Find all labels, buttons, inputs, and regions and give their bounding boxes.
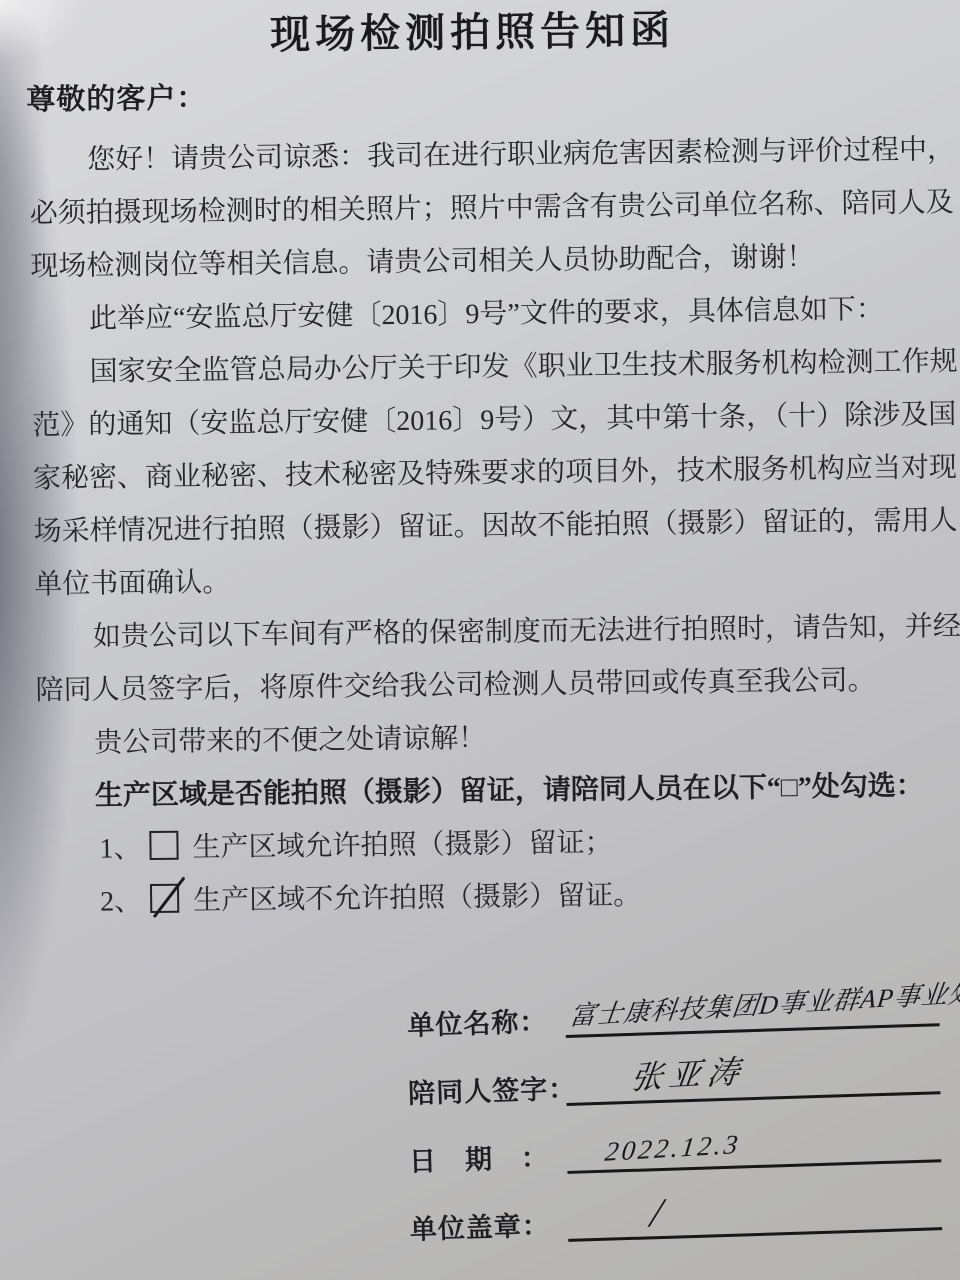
checkbox-icon [149,831,178,860]
field-label: 单位名称： [407,999,566,1043]
body-line: 必须拍摄现场检测时的相关照片；照片中需含有贵公司单位名称、陪同人及 [29,176,955,240]
document-photo: 现场检测拍照告知函 尊敬的客户： 您好！请贵公司谅悉：我司在进行职业病危害因素检… [0,0,960,1280]
field-company-name: 单位名称：富士康科技集团D事业群AP事业处D3栋 [406,978,960,1042]
page-title: 现场检测拍照告知函 [0,0,953,64]
signature-line: 富士康科技集团D事业群AP事业处D3栋 [564,979,939,1038]
field-company-stamp: 单位盖章：/ [409,1182,960,1246]
checklist-instruction: 生产区域是否能拍照（摄影）留证，请陪同人员在以下“□”处勾选： [37,759,960,823]
field-label: 日 期 ： [408,1135,567,1179]
signature-line: / [567,1183,942,1242]
body-line: 场采样情况进行拍照（摄影）留证。因故不能拍照（摄影）留证的，需用人 [33,494,959,558]
body-line: 陪同人员签字后，将原件交给我公司检测人员带回或传真至我公司。 [35,653,960,717]
option-label: 生产区域不允许拍照（摄影）留证。 [193,880,641,916]
signature-block: 单位名称：富士康科技集团D事业群AP事业处D3栋 陪同人签字：张亚涛 日 期 ：… [407,989,960,1268]
signature-line: 张亚涛 [565,1047,940,1106]
option-label: 生产区域允许拍照（摄影）留证； [192,827,612,863]
field-date: 日 期 ：2022.12.3 [408,1114,960,1178]
option-number: 2、 [100,886,142,918]
signature-line: 2022.12.3 [566,1115,941,1174]
handwritten-date: 2022.12.3 [603,1129,742,1168]
field-escort-signature: 陪同人签字：张亚涛 [407,1046,960,1110]
letter: 现场检测拍照告知函 尊敬的客户： 您好！请贵公司谅悉：我司在进行职业病危害因素检… [0,0,960,1280]
handwritten-company-name: 富士康科技集团D事业群AP事业处D3栋 [568,969,960,1033]
handwritten-stamp-slash: / [648,1189,665,1237]
checkmark-slash [153,877,186,919]
handwritten-signature: 张亚涛 [629,1046,749,1099]
option-number: 1、 [99,833,141,865]
field-label: 陪同人签字： [408,1067,567,1111]
salutation: 尊敬的客户： [26,66,953,118]
checkbox-icon [150,884,179,913]
letter-body: 您好！请贵公司谅悉：我司在进行职业病危害因素检测与评价过程中， 必须拍摄现场检测… [29,123,960,929]
option-disallow: 2、生产区域不允许拍照（摄影）留证。 [38,865,960,929]
field-label: 单位盖章： [409,1203,568,1247]
